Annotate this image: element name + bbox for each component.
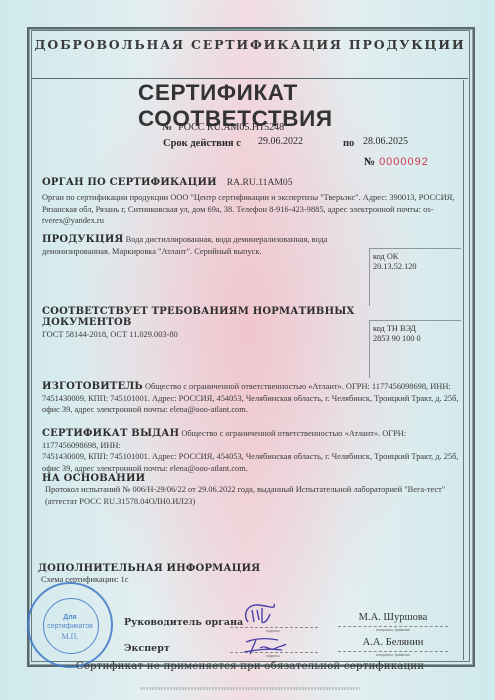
issued-to-section: СЕРТИФИКАТ ВЫДАН Общество с ограниченной… (42, 428, 462, 474)
compliance-heading: СООТВЕТСТВУЕТ ТРЕБОВАНИЯМ НОРМАТИВНЫХ ДО… (42, 306, 372, 328)
basis-text-line1: Протокол испытаний № 006/Н-29/06/22 от 2… (42, 484, 462, 496)
manufacturer-heading: ИЗГОТОВИТЕЛЬ (42, 381, 143, 392)
stamp-text-line1: Для (29, 614, 111, 621)
compliance-text: ГОСТ 58144-2018, ОСТ 11.029.003-80 (42, 329, 372, 341)
additional-info-section: ДОПОЛНИТЕЛЬНАЯ ИНФОРМАЦИЯ Схема сертифик… (38, 563, 338, 586)
right-column-rule (463, 80, 464, 660)
head-name-line (338, 626, 448, 627)
blank-number: №0000092 (364, 156, 429, 168)
issued-to-text-line2: 7451430009, КПП: 745101001. Адрес: РОССИ… (42, 451, 462, 463)
stamp-text-line2: сертификатов (29, 623, 111, 630)
okpd-code-value: 20.13.52.120 (373, 262, 461, 272)
valid-to: 28.06.2025 (363, 136, 408, 147)
stamp-text-line3: М.П. (29, 632, 111, 641)
product-text-line1: Вода дистиллированная, вода деминерализо… (126, 235, 328, 244)
manufacturer-section: ИЗГОТОВИТЕЛЬ Общество с ограниченной отв… (42, 381, 462, 416)
basis-heading: НА ОСНОВАНИИ (42, 473, 462, 484)
issued-to-heading: СЕРТИФИКАТ ВЫДАН (42, 428, 179, 439)
validity-label: Срок действия с (163, 138, 241, 149)
product-text-line2: деионизированная. Маркировка "Атлант". С… (42, 246, 372, 258)
additional-info-heading: ДОПОЛНИТЕЛЬНАЯ ИНФОРМАЦИЯ (38, 563, 338, 574)
okpd-code-box: код ОК 20.13.52.120 (369, 248, 461, 306)
microprint-line (140, 687, 360, 690)
expert-label: Эксперт (124, 643, 170, 654)
expert-signature-caption: подпись (258, 654, 288, 658)
head-of-body-label: Руководитель органа (124, 617, 243, 628)
basis-text-line2: (аттестат РОСС RU.31578.04ОЛН0.ИЛ23) (42, 496, 462, 508)
registration-number: №РОСС RU.АМ05.Н15248 (162, 122, 284, 133)
blank-number-sign: № (364, 156, 375, 168)
expert-name: А.А. Белянин (338, 637, 448, 648)
head-signature-icon (240, 600, 285, 630)
tnved-code-box: код ТН ВЭД 2853 90 100 0 (369, 320, 461, 378)
expert-name-line (338, 651, 448, 652)
head-signature-caption: подпись (258, 629, 288, 633)
product-heading: ПРОДУКЦИЯ (42, 234, 124, 245)
number-sign: № (162, 122, 172, 133)
manufacturer-text-line2: 7451430009, КПП: 745101001. Адрес: РОССИ… (42, 393, 462, 405)
voluntary-certification-caption: ДОБРОВОЛЬНАЯ СЕРТИФИКАЦИЯ ПРОДУКЦИИ (32, 37, 468, 52)
product-section: ПРОДУКЦИЯ Вода дистиллированная, вода де… (42, 234, 372, 257)
valid-from: 29.06.2022 (258, 136, 303, 147)
footer-note: Сертификат не применяется при обязательн… (32, 661, 468, 672)
head-name-caption: инициалы, фамилия (338, 628, 448, 632)
expert-signature-icon (242, 634, 290, 656)
cert-body-heading: ОРГАН ПО СЕРТИФИКАЦИИ (42, 177, 217, 188)
basis-section: НА ОСНОВАНИИ Протокол испытаний № 006/Н-… (42, 473, 462, 507)
cert-body-section: ОРГАН ПО СЕРТИФИКАЦИИ RA.RU.11АМ05 Орган… (42, 172, 460, 227)
cert-body-code: RA.RU.11АМ05 (227, 177, 293, 188)
tnved-code-label: код ТН ВЭД (373, 324, 461, 334)
manufacturer-text-line1: Общество с ограниченной ответственностью… (145, 382, 451, 391)
tnved-code-value: 2853 90 100 0 (373, 334, 461, 344)
cert-body-text: Орган по сертификации продукции ООО "Цен… (42, 192, 460, 227)
expert-name-caption: инициалы, фамилия (338, 653, 448, 657)
header-band: ДОБРОВОЛЬНАЯ СЕРТИФИКАЦИЯ ПРОДУКЦИИ (32, 31, 468, 79)
registration-number-value: РОСС RU.АМ05.Н15248 (178, 122, 284, 133)
seal-stamp: Для сертификатов М.П. (27, 582, 113, 668)
compliance-section: СООТВЕТСТВУЕТ ТРЕБОВАНИЯМ НОРМАТИВНЫХ ДО… (42, 306, 372, 341)
manufacturer-text-line3: офис 39, адрес электронной почты: elena@… (42, 404, 462, 416)
validity-period: Срок действия с 29.06.2022 по 28.06.2025 (163, 138, 241, 149)
valid-to-label: по (343, 138, 354, 149)
blank-number-value: 0000092 (379, 156, 429, 168)
head-name: М.А. Шуршова (338, 612, 448, 623)
okpd-code-label: код ОК (373, 252, 461, 262)
